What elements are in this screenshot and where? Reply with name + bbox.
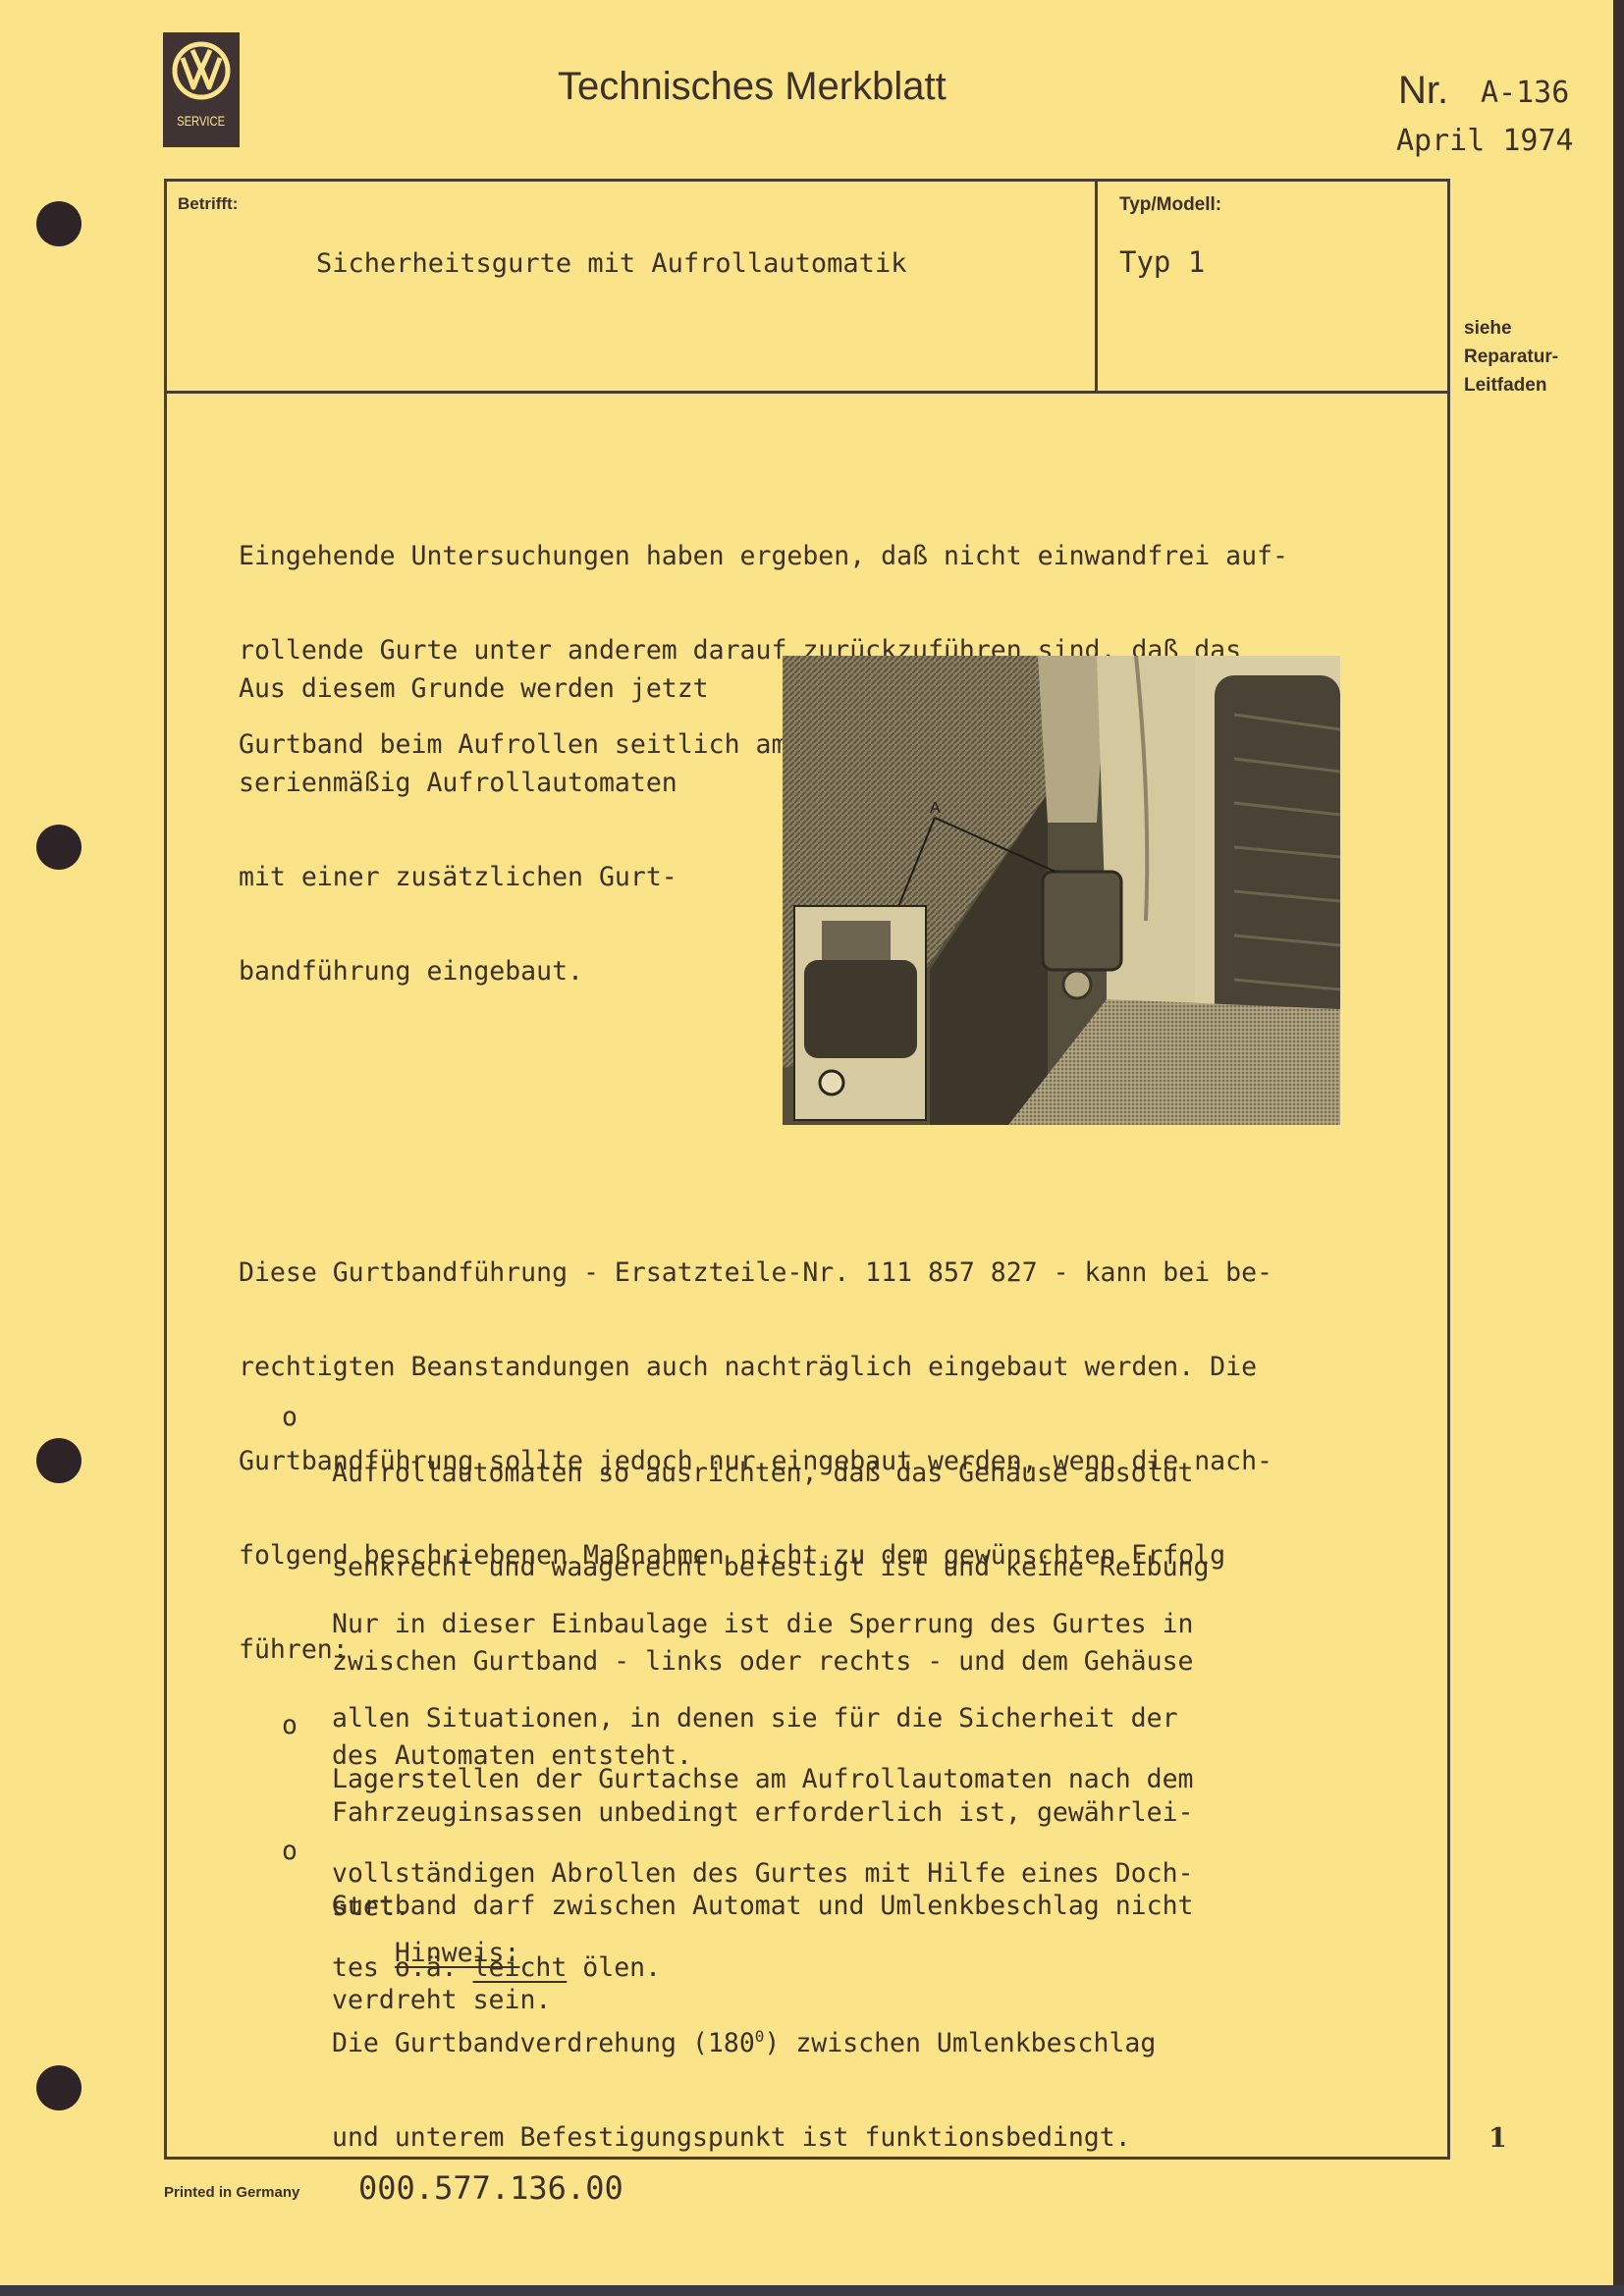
text-line: Eingehende Untersuchungen haben ergeben,… <box>239 541 1288 572</box>
text-line: serienmäßig Aufrollautomaten <box>239 768 709 799</box>
text-fragment: Die Gurtbandverdrehung (180 <box>332 2028 755 2058</box>
margin-note: siehe Reparatur- Leitfaden <box>1464 314 1558 400</box>
margin-note-line: Reparatur- <box>1464 343 1558 371</box>
punch-hole <box>36 1438 81 1483</box>
subject-text: Sicherheitsgurte mit Aufrollautomatik <box>316 248 906 279</box>
text-line: Die Gurtbandverdrehung (1800) zwischen U… <box>332 2021 1156 2059</box>
typ-modell-label: Typ/Modell: <box>1119 194 1221 216</box>
bullet-marker: o <box>282 1402 298 1432</box>
text-fragment: ) zwischen Umlenkbeschlag <box>764 2028 1156 2058</box>
text-line: mit einer zusätzlichen Gurt- <box>239 862 709 893</box>
document-title: Technisches Merkblatt <box>558 65 947 109</box>
betrifft-label: Betrifft: <box>178 194 238 214</box>
bullet-marker: o <box>282 1836 298 1866</box>
text-line: bandführung eingebaut. <box>239 956 709 988</box>
text-line: rechtigten Beanstandungen auch nachträgl… <box>239 1352 1272 1383</box>
degree-superscript: 0 <box>755 2027 765 2046</box>
document-page: SERVICE Technisches Merkblatt Nr. A-136 … <box>0 0 1613 2285</box>
margin-note-line: siehe <box>1464 314 1558 343</box>
retractor-photo: A <box>783 656 1340 1125</box>
vw-service-logo: SERVICE <box>163 32 240 147</box>
logo-service-text: SERVICE <box>178 113 226 129</box>
second-paragraph: Aus diesem Grunde werden jetzt serienmäß… <box>239 611 709 1050</box>
typ-value: Typ 1 <box>1119 245 1205 279</box>
text-line: Lagerstellen der Gurtachse am Aufrollaut… <box>332 1764 1194 1795</box>
column-divider <box>1095 179 1098 393</box>
page-number: 1 <box>1489 2123 1507 2154</box>
text-line: und unterem Befestigungspunkt ist funkti… <box>332 2122 1156 2154</box>
nr-label: Nr. <box>1398 69 1448 113</box>
punch-hole <box>36 825 81 870</box>
text-line: Aus diesem Grunde werden jetzt <box>239 673 709 705</box>
printed-in-germany: Printed in Germany <box>164 2184 299 2201</box>
margin-note-line: Leitfaden <box>1464 371 1558 400</box>
nr-value: A-136 <box>1481 76 1569 110</box>
header-divider <box>164 391 1450 394</box>
text-line: Aufrollautomaten so ausrichten, daß das … <box>332 1458 1209 1489</box>
document-number: 000.577.136.00 <box>358 2169 623 2207</box>
punch-hole <box>36 201 81 246</box>
document-date: April 1974 <box>1396 124 1574 158</box>
text-line: Nur in dieser Einbaulage ist die Sperrun… <box>332 1609 1194 1640</box>
scan-edge <box>0 2285 1624 2296</box>
vw-emblem-icon <box>171 40 232 101</box>
bullet-marker: o <box>282 1710 298 1740</box>
callout-label: A <box>930 800 941 817</box>
text-line: Diese Gurtbandführung - Ersatzteile-Nr. … <box>239 1257 1272 1289</box>
punch-hole <box>36 2065 81 2110</box>
